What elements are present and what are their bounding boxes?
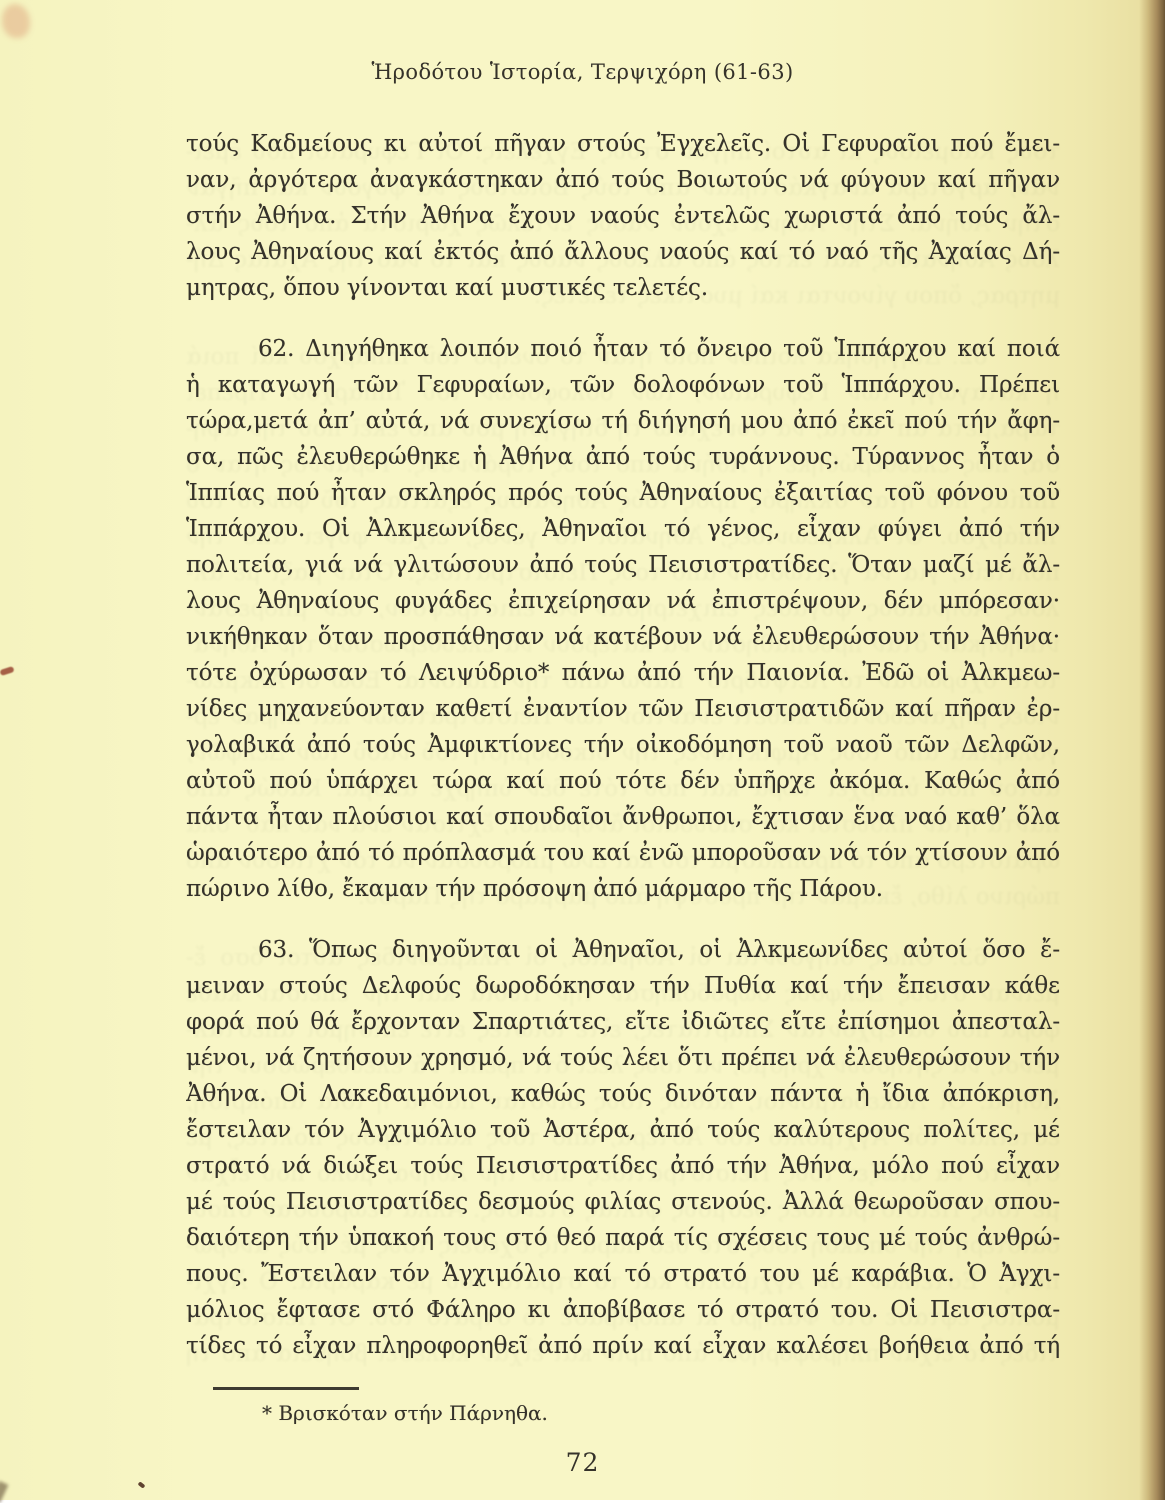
text-line: μητρας, ὅπου γίνονται καί μυστικές τελετ… (186, 270, 1060, 306)
text-line: μειναν στούς Δελφούς δωροδόκησαν τήν Πυθ… (186, 968, 1060, 1004)
text-line: λους Ἀθηναίους φυγάδες ἐπιχείρησαν νά ἐπ… (186, 583, 1060, 619)
red-dash-artifact (0, 666, 15, 676)
paragraph: 62. Διηγήθηκα λοιπόν ποιό ἦταν τό ὄνειρο… (186, 331, 1060, 907)
paragraph: τούς Καδμείους κι αὐτοί πῆγαν στούς Ἐγχε… (186, 126, 1060, 306)
footnote-text: * Βρισκόταν στήν Πάρνηθα. (262, 1398, 548, 1428)
text-line: Ἱππάρχου. Οἱ Ἀλκμεωνίδες, Ἀθηναῖοι τό γέ… (186, 511, 1060, 547)
paragraph: 63. Ὅπως διηγοῦνται οἱ Ἀθηναῖοι, οἱ Ἀλκμ… (186, 932, 1060, 1364)
text-line: αὐτοῦ πού ὑπάρχει τώρα καί πού τότε δέν … (186, 763, 1060, 799)
body-text: τούς Καδμείους κι αὐτοί πῆγαν στούς Ἐγχε… (186, 126, 1060, 1364)
text-line: ἔστειλαν τόν Ἀγχιμόλιο τοῦ Ἀστέρα, ἀπό τ… (186, 1112, 1060, 1148)
text-line: νικήθηκαν ὅταν προσπάθησαν νά κατέβουν ν… (186, 619, 1060, 655)
text-line: στρατό νά διώξει τούς Πεισιστρατίδες ἀπό… (186, 1148, 1060, 1184)
text-line: τούς Καδμείους κι αὐτοί πῆγαν στούς Ἐγχε… (186, 126, 1060, 162)
text-line: δαιότερη τήν ὑπακοή τους στό θεό παρά τί… (186, 1220, 1060, 1256)
book-page: τούς Καδμείους κι αὐτοί πῆγαν στούς Ἐγχε… (0, 0, 1165, 1500)
text-line: πώρινο λίθο, ἔκαμαν τήν πρόσοψη ἀπό μάρμ… (186, 871, 1060, 907)
text-line: 63. Ὅπως διηγοῦνται οἱ Ἀθηναῖοι, οἱ Ἀλκμ… (186, 932, 1060, 968)
text-line: λους Ἀθηναίους καί ἐκτός ἀπό ἄλλους ναού… (186, 234, 1060, 270)
text-line: ὡραιότερο ἀπό τό πρόπλασμά του καί ἐνῶ μ… (186, 835, 1060, 871)
text-line: φορά πού θά ἔρχονταν Σπαρτιάτες, εἴτε ἰδ… (186, 1004, 1060, 1040)
text-line: νίδες μηχανεύονταν καθετί ἐναντίον τῶν Π… (186, 691, 1060, 727)
text-line: ἡ καταγωγή τῶν Γεφυραίων, τῶν δολοφόνων … (186, 367, 1060, 403)
text-line: σα, πῶς ἐλευθερώθηκε ἡ Ἀθήνα ἀπό τούς τυ… (186, 439, 1060, 475)
ink-speck-artifact (138, 1481, 146, 1488)
text-line: 62. Διηγήθηκα λοιπόν ποιό ἦταν τό ὄνειρο… (186, 331, 1060, 367)
text-line: Ἀθήνα. Οἱ Λακεδαιμόνιοι, καθώς τούς δινό… (186, 1076, 1060, 1112)
text-line: τώρα,μετά ἀπ’ αὐτά, νά συνεχίσω τή διήγη… (186, 403, 1060, 439)
corner-mark-artifact (0, 1481, 8, 1500)
text-line: στήν Ἀθήνα. Στήν Ἀθήνα ἔχουν ναούς ἐντελ… (186, 198, 1060, 234)
text-line: τότε ὀχύρωσαν τό Λειψύδριο* πάνω ἀπό τήν… (186, 655, 1060, 691)
text-line: μέ τούς Πεισιστρατίδες δεσμούς φιλίας στ… (186, 1184, 1060, 1220)
text-line: μόλιος ἔφτασε στό Φάληρο κι ἀποβίβασε τό… (186, 1292, 1060, 1328)
page-number: 72 (0, 1448, 1165, 1477)
text-line: μένοι, νά ζητήσουν χρησμό, νά τούς λέει … (186, 1040, 1060, 1076)
text-line: πολιτεία, γιά νά γλιτώσουν ἀπό τούς Πεισ… (186, 547, 1060, 583)
text-line: τίδες τό εἶχαν πληροφορηθεῖ ἀπό πρίν καί… (186, 1328, 1060, 1364)
red-smudge-artifact (2, 4, 30, 38)
running-header: Ἡροδότου Ἱστορία, Τερψιχόρη (61-63) (0, 58, 1165, 86)
text-line: πάντα ἦταν πλούσιοι καί σπουδαῖοι ἄνθρωπ… (186, 799, 1060, 835)
text-line: ναν, ἀργότερα ἀναγκάστηκαν ἀπό τούς Βοιω… (186, 162, 1060, 198)
text-line: γολαβικά ἀπό τούς Ἀμφικτίονες τήν οἰκοδό… (186, 727, 1060, 763)
page-edge-shadow (1139, 0, 1165, 1500)
text-line: πους. Ἔστειλαν τόν Ἀγχιμόλιο καί τό στρα… (186, 1256, 1060, 1292)
text-line: Ἱππίας πού ἦταν σκληρός πρός τούς Ἀθηναί… (186, 475, 1060, 511)
footnote-rule (213, 1387, 359, 1390)
